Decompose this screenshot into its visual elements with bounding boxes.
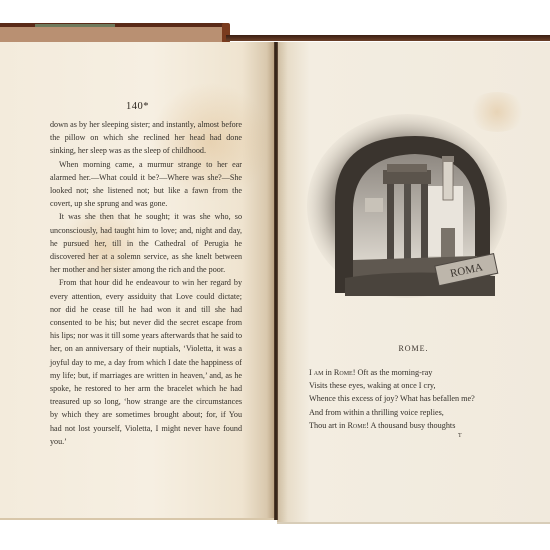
- poem-text: I am in Rome! Oft as the morning-ray Vis…: [309, 366, 509, 432]
- paragraph: It was she then that he sought; it was s…: [50, 210, 242, 276]
- book-gutter: [274, 42, 278, 520]
- roman-arch-engraving-icon: ROMA: [305, 108, 510, 300]
- cover-stripe: [35, 24, 115, 27]
- signature-mark: T: [458, 433, 462, 439]
- book-cover-left-edge: [0, 23, 226, 43]
- paragraph: When morning came, a murmur strange to h…: [50, 158, 242, 211]
- left-page-text: down as by her sleeping sister; and inst…: [50, 118, 242, 448]
- engraving-illustration: ROMA: [305, 108, 510, 300]
- poem-line: Visits these eyes, waking at once I cry,: [309, 379, 509, 392]
- poem-title: ROME.: [277, 344, 550, 353]
- paragraph: down as by her sleeping sister; and inst…: [50, 118, 242, 158]
- book-cover-right-edge: [226, 35, 550, 41]
- paragraph: From that hour did he endeavour to win h…: [50, 276, 242, 448]
- page-number: 140*: [0, 101, 275, 112]
- poem-line: And from within a thrilling voice replie…: [309, 406, 509, 419]
- poem-line: Thou art in Rome! A thousand busy though…: [309, 419, 509, 432]
- poem-line: I am in Rome! Oft as the morning-ray: [309, 366, 509, 379]
- poem-line: Whence this excess of joy? What has befa…: [309, 392, 509, 405]
